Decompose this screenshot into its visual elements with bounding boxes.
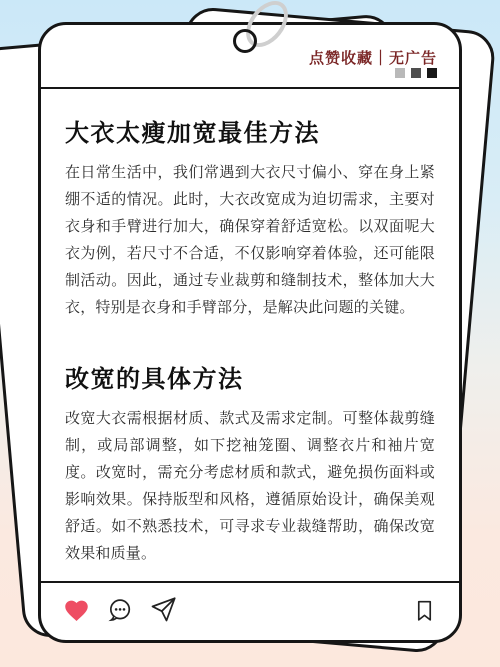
- decor-squares: [395, 68, 437, 78]
- footer-action-group: [63, 596, 177, 627]
- paper-plane-icon: [149, 596, 177, 627]
- section-body-1: 在日常生活中，我们常遇到大衣尺寸偏小、穿在身上紧绷不适的情况。此时，大衣改宽成为…: [65, 159, 435, 321]
- section-heading-2: 改宽的具体方法: [65, 359, 435, 394]
- card-footer: [41, 581, 459, 640]
- decor-square-light: [395, 68, 405, 78]
- decor-square-dark: [427, 68, 437, 78]
- card-body: 大衣太瘦加宽最佳方法 在日常生活中，我们常遇到大衣尺寸偏小、穿在身上紧绷不适的情…: [41, 113, 459, 567]
- note-card: 点赞收藏｜无广告 大衣太瘦加宽最佳方法 在日常生活中，我们常遇到大衣尺寸偏小、穿…: [38, 22, 462, 643]
- punch-hole-icon: [233, 29, 257, 53]
- decor-square-mid: [411, 68, 421, 78]
- promo-label: 点赞收藏｜无广告: [309, 47, 437, 68]
- page-background: 点赞收藏｜无广告 大衣太瘦加宽最佳方法 在日常生活中，我们常遇到大衣尺寸偏小、穿…: [0, 0, 500, 667]
- comment-bubble-icon: [106, 597, 133, 627]
- bookmark-icon: [412, 597, 437, 627]
- section-body-2: 改宽大衣需根据材质、款式及需求定制。可整体裁剪缝制，或局部调整，如下挖袖笼圈、调…: [65, 405, 435, 567]
- heart-icon: [63, 598, 90, 626]
- save-button[interactable]: [412, 597, 437, 627]
- share-button[interactable]: [149, 596, 177, 627]
- section-heading-1: 大衣太瘦加宽最佳方法: [65, 113, 435, 148]
- comment-button[interactable]: [106, 597, 133, 627]
- like-button[interactable]: [63, 598, 90, 626]
